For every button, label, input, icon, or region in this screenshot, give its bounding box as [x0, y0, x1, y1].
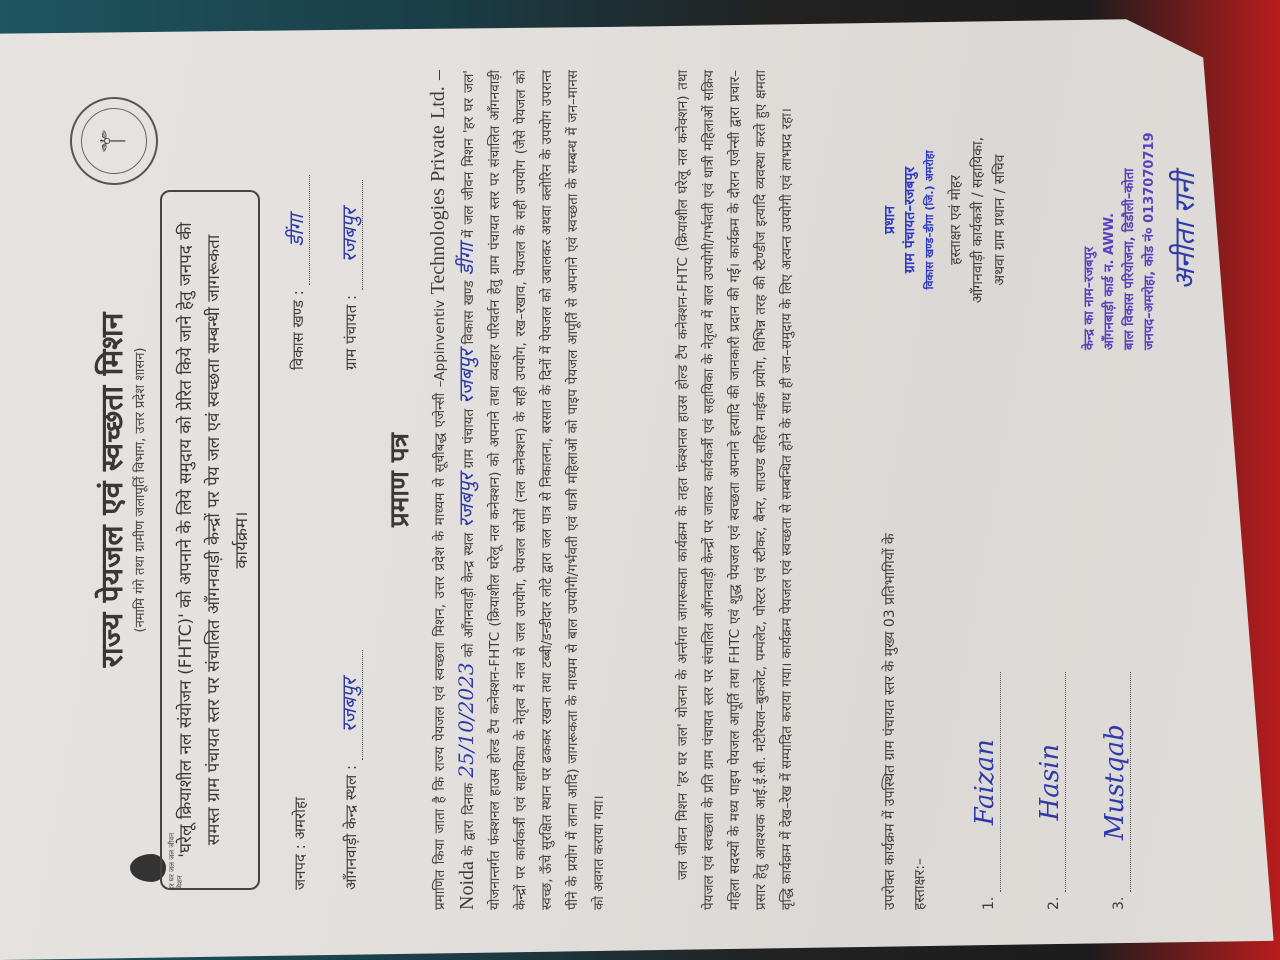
up-govt-seal-icon: ⚚: [70, 97, 158, 185]
vikas-khand-field: विकास खण्ड : डींगा: [282, 175, 310, 370]
anganwadi-value: रजबपुर: [335, 650, 363, 760]
anganwadi-center-stamp: केन्द्र का नाम–रजबपुर आँगनबाड़ी कार्ड न.…: [1080, 50, 1160, 350]
pradhan-stamp: प्रधान ग्राम पंचायत–रजबपुर विकास खण्ड–डी…: [880, 70, 940, 370]
vikas-khand-value: डींगा: [282, 175, 310, 285]
janpad-field: जनपद : अमरोहा: [290, 797, 310, 890]
certificate-heading: प्रमाण पत्र: [380, 30, 416, 930]
worker-handwritten-signature: अनीता रानी: [1165, 172, 1203, 290]
attendee-signature-3: 3. Mustqab: [1100, 672, 1131, 910]
attendee-signature-2: 2. Hasin: [1035, 672, 1066, 910]
attendees-sign-label: हस्ताक्षर:–: [910, 858, 929, 910]
mission-title: राज्य पेयजल एवं स्वच्छता मिशन: [90, 170, 131, 810]
gram-panchayat-field: ग्राम पंचायत : रजबपुर: [335, 180, 363, 370]
certificate-paragraph-1: प्रमाणित किया जाता है कि राज्य पेयजल एवं…: [425, 70, 612, 910]
attendees-intro: उपरोक्त कार्यक्रम में उपस्थित ग्राम पंचा…: [880, 533, 899, 910]
program-date: 25/10/2023: [454, 662, 478, 777]
certificate-page: हर घर जल जल जीवन मिशन राज्य पेयजल एवं स्…: [50, 30, 1200, 930]
signature-caption: हस्ताक्षर एवं मोहर आँगनवाड़ी कार्यकत्री …: [945, 70, 1011, 370]
gram-panchayat-value: रजबपुर: [335, 180, 363, 290]
anganwadi-field: आँगनवाड़ी केन्द्र स्थल : रजबपुर: [335, 650, 363, 890]
program-title-box: 'घरेलू क्रियाशील नल संयोजन (FHTC)' को अप…: [160, 190, 260, 890]
department-subtitle: (नमामि गंगे तथा ग्रामीण जलापूर्ति विभाग,…: [130, 170, 148, 810]
certificate-paragraph-2: जल जीवन मिशन 'हर घर जल' योजना के अर्न्तग…: [670, 70, 800, 910]
janpad-value: अमरोहा: [291, 797, 309, 839]
attendee-signature-1: 1. Faizan: [970, 672, 1001, 910]
